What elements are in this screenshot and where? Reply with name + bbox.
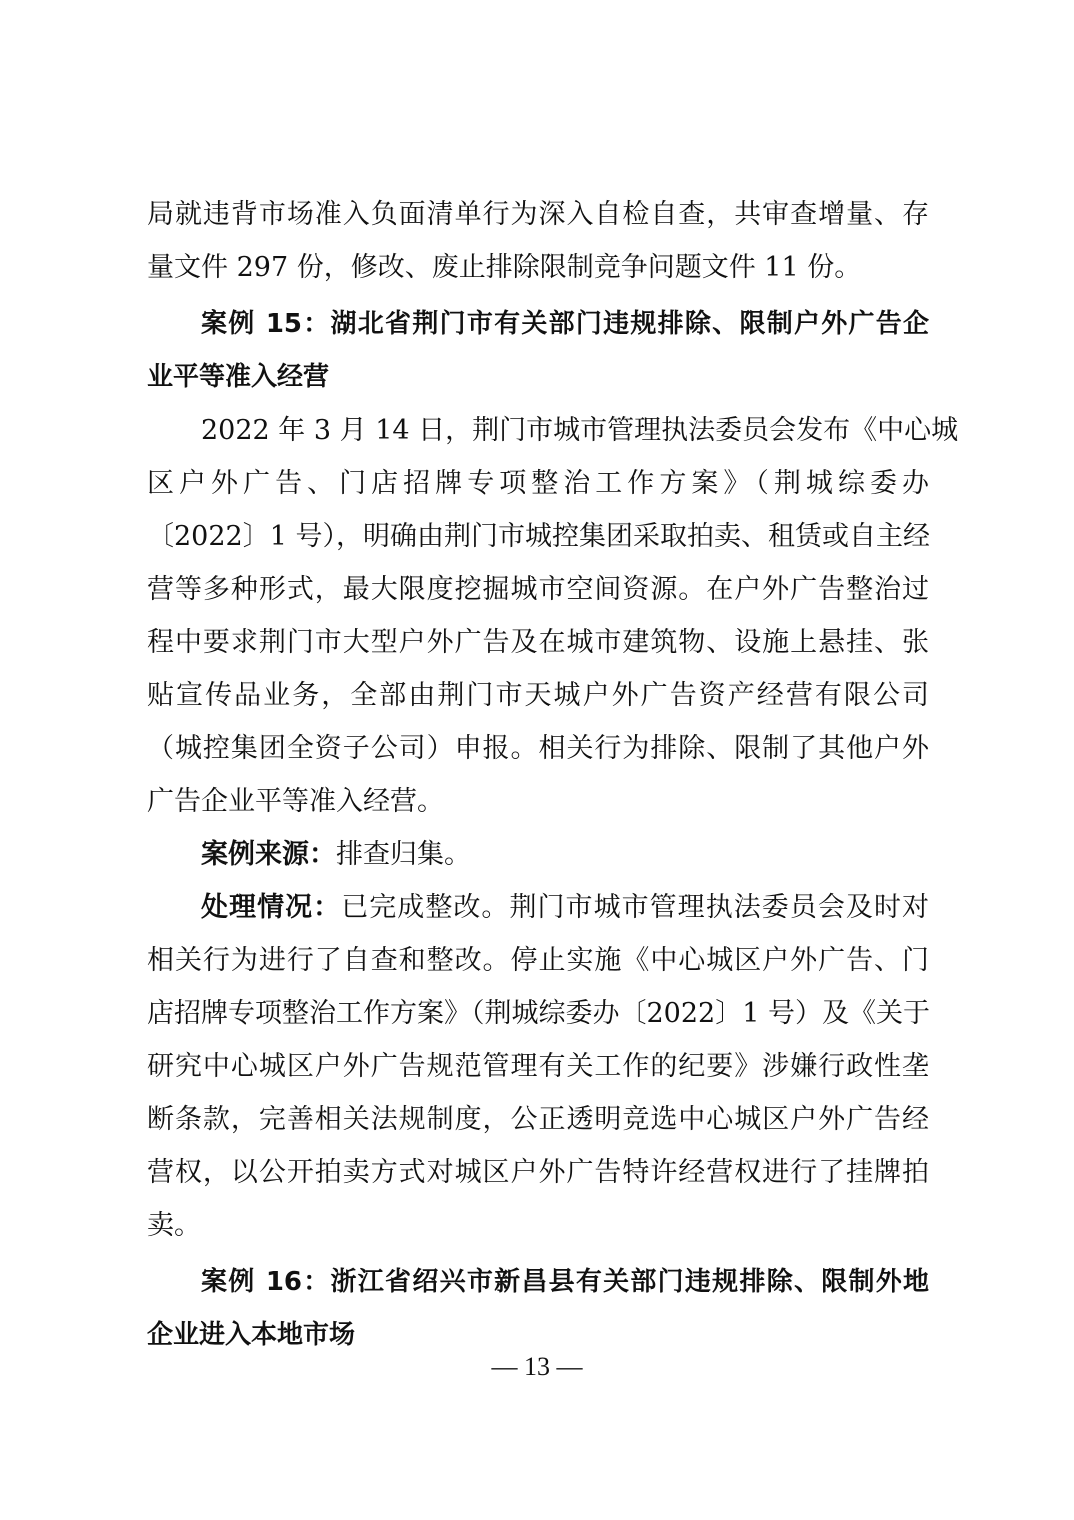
paragraph-line: 广告企业平等准入经营。	[147, 775, 929, 828]
paragraph-line: 区户外广告、门店招牌专项整治工作方案》（荆城综委办	[147, 457, 929, 510]
page-number: — 13 —	[0, 1352, 1074, 1382]
heading-line: 案例 16：浙江省绍兴市新昌县有关部门违规排除、限制外地	[147, 1256, 929, 1309]
handling-label: 处理情况：	[201, 892, 341, 923]
paragraph-line: 量文件 297 份，修改、废止排除限制竞争问题文件 11 份。	[147, 241, 929, 294]
paragraph-line: 断条款，完善相关法规制度，公正透明竞选中心城区户外广告经	[147, 1093, 929, 1146]
paragraph-line: 程中要求荆门市大型户外广告及在城市建筑物、设施上悬挂、张	[147, 616, 929, 669]
paragraph-line: 相关行为进行了自查和整改。停止实施《中心城区户外广告、门	[147, 934, 929, 987]
paragraph-line: （城控集团全资子公司）申报。相关行为排除、限制了其他户外	[147, 722, 929, 775]
heading-line: 案例 15：湖北省荆门市有关部门违规排除、限制户外广告企	[147, 298, 929, 351]
paragraph-line: 营等多种形式，最大限度挖掘城市空间资源。在户外广告整治过	[147, 563, 929, 616]
source-value: 排查归集。	[336, 839, 471, 870]
case-16-heading: 案例 16：浙江省绍兴市新昌县有关部门违规排除、限制外地 企业进入本地市场	[147, 1256, 929, 1362]
case-15-body: 2022 年 3 月 14 日，荆门市城市管理执法委员会发布《中心城 区户外广告…	[147, 404, 929, 828]
handling-text: 已完成整改。荆门市城市管理执法委员会及时对	[341, 892, 929, 923]
carryover-paragraph: 局就违背市场准入负面清单行为深入自检自查，共审查增量、存 量文件 297 份，修…	[147, 188, 929, 294]
paragraph-line: 店招牌专项整治工作方案》（荆城综委办〔2022〕1 号）及《关于	[147, 987, 929, 1040]
paragraph-line: 2022 年 3 月 14 日，荆门市城市管理执法委员会发布《中心城	[147, 404, 929, 457]
document-page: 局就违背市场准入负面清单行为深入自检自查，共审查增量、存 量文件 297 份，修…	[147, 188, 929, 1362]
case-15-heading: 案例 15：湖北省荆门市有关部门违规排除、限制户外广告企 业平等准入经营	[147, 298, 929, 404]
paragraph-line: 营权，以公开拍卖方式对城区户外广告特许经营权进行了挂牌拍	[147, 1146, 929, 1199]
paragraph-line: 卖。	[147, 1199, 929, 1252]
paragraph-line: 〔2022〕1 号），明确由荆门市城控集团采取拍卖、租赁或自主经	[147, 510, 929, 563]
source-label: 案例来源：	[201, 839, 336, 870]
paragraph-line: 局就违背市场准入负面清单行为深入自检自查，共审查增量、存	[147, 188, 929, 241]
heading-line: 业平等准入经营	[147, 351, 929, 404]
case-15-handling: 处理情况：已完成整改。荆门市城市管理执法委员会及时对 相关行为进行了自查和整改。…	[147, 881, 929, 1252]
handling-first-line: 处理情况：已完成整改。荆门市城市管理执法委员会及时对	[147, 881, 929, 934]
paragraph-line: 研究中心城区户外广告规范管理有关工作的纪要》涉嫌行政性垄	[147, 1040, 929, 1093]
case-15-source: 案例来源：排查归集。	[147, 828, 929, 881]
paragraph-line: 贴宣传品业务，全部由荆门市天城户外广告资产经营有限公司	[147, 669, 929, 722]
